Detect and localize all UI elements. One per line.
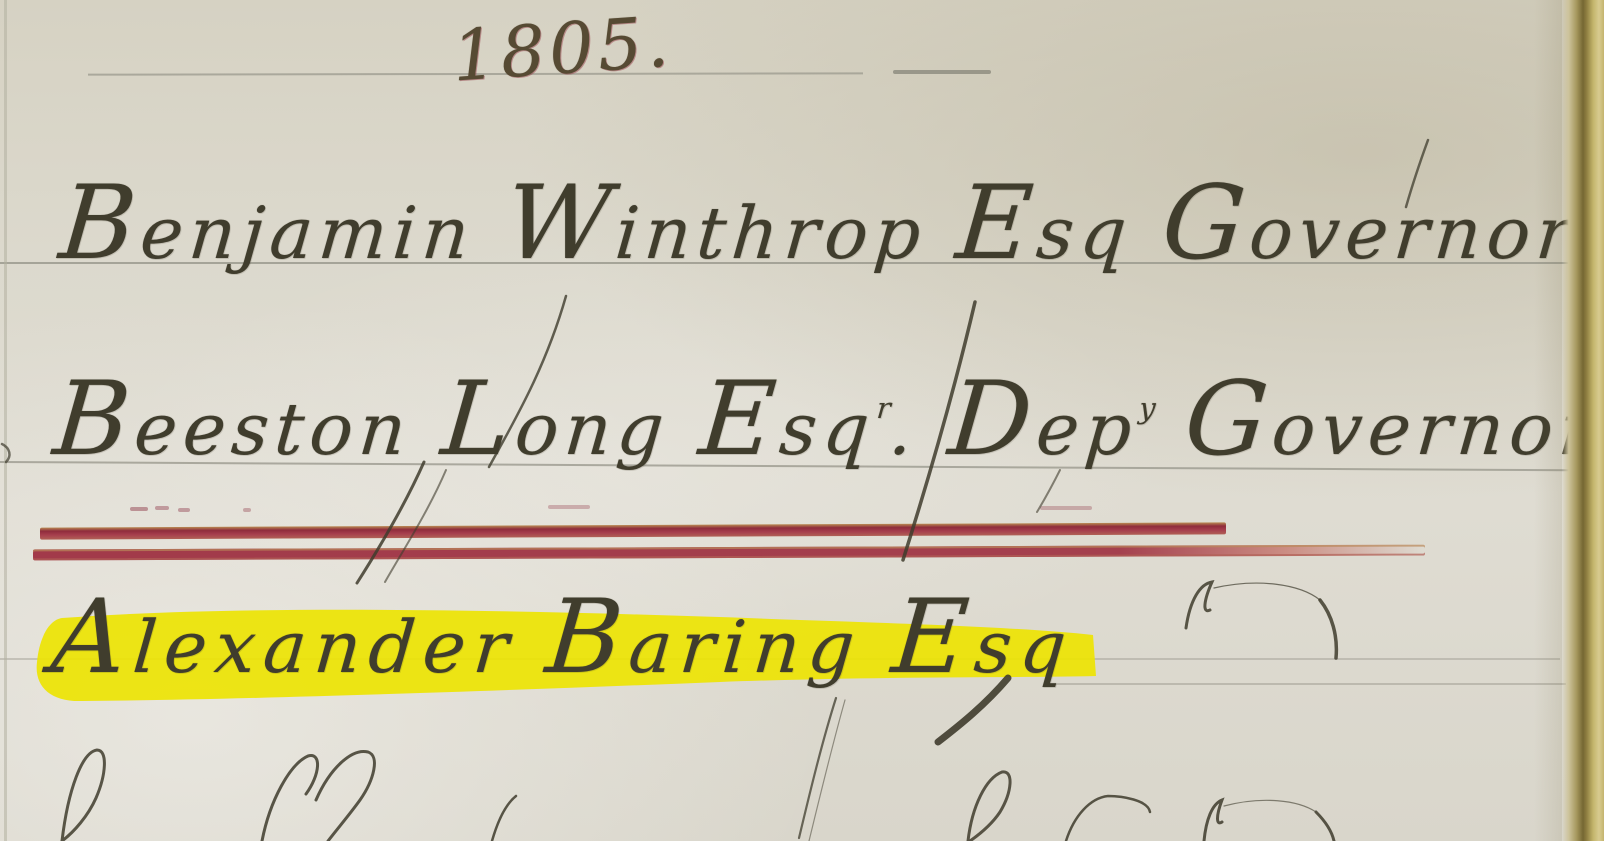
entry-line-governor: BenjaminWinthropEsqGovernor	[54, 150, 1604, 298]
entry-line-highlighted: AlexanderBaringEsq	[46, 564, 1111, 712]
entry-word: Esq	[694, 346, 883, 494]
red-ink-specks	[130, 505, 1092, 512]
esq-superscript-flourish	[1320, 600, 1336, 658]
entry-word: Esq	[886, 564, 1081, 712]
red-underline-top	[40, 522, 1226, 539]
entry-word: Winthrop	[499, 150, 934, 298]
book-page-edge-strip	[1562, 0, 1604, 841]
entry-word: Benjamin	[54, 150, 482, 298]
entry-word: Beeston	[48, 346, 419, 494]
red-underline-bottom	[33, 545, 1425, 561]
entry-word: Governor	[1156, 150, 1584, 298]
scanned-ledger-page: 1805. BenjaminWinthropEsqGovernor Beesto…	[0, 0, 1604, 841]
esq-superscript-flourish	[1214, 583, 1320, 600]
entry-line-deputy-governor: BeestonLongEsqr.Depy Governor	[48, 346, 1604, 494]
entry-word: Esq	[951, 150, 1140, 298]
page-edge-shadow	[1534, 0, 1562, 841]
q-tail-stroke	[799, 698, 836, 838]
entry-word: Baring	[541, 564, 870, 712]
ruled-line-entry3-right	[1046, 683, 1566, 685]
esq-superscript-flourish	[1186, 582, 1212, 628]
superscript-abbreviation: y	[1138, 391, 1158, 425]
heading-underline-dash	[893, 70, 991, 74]
left-margin-rule	[4, 0, 7, 841]
year-heading: 1805.	[450, 6, 675, 91]
entry-word: Dep	[943, 346, 1145, 494]
entry-word: Alexander	[46, 564, 523, 712]
entry-word: Long	[436, 346, 677, 494]
partial-next-entry-strokes	[62, 750, 1334, 841]
q-tail-stroke	[809, 700, 845, 841]
